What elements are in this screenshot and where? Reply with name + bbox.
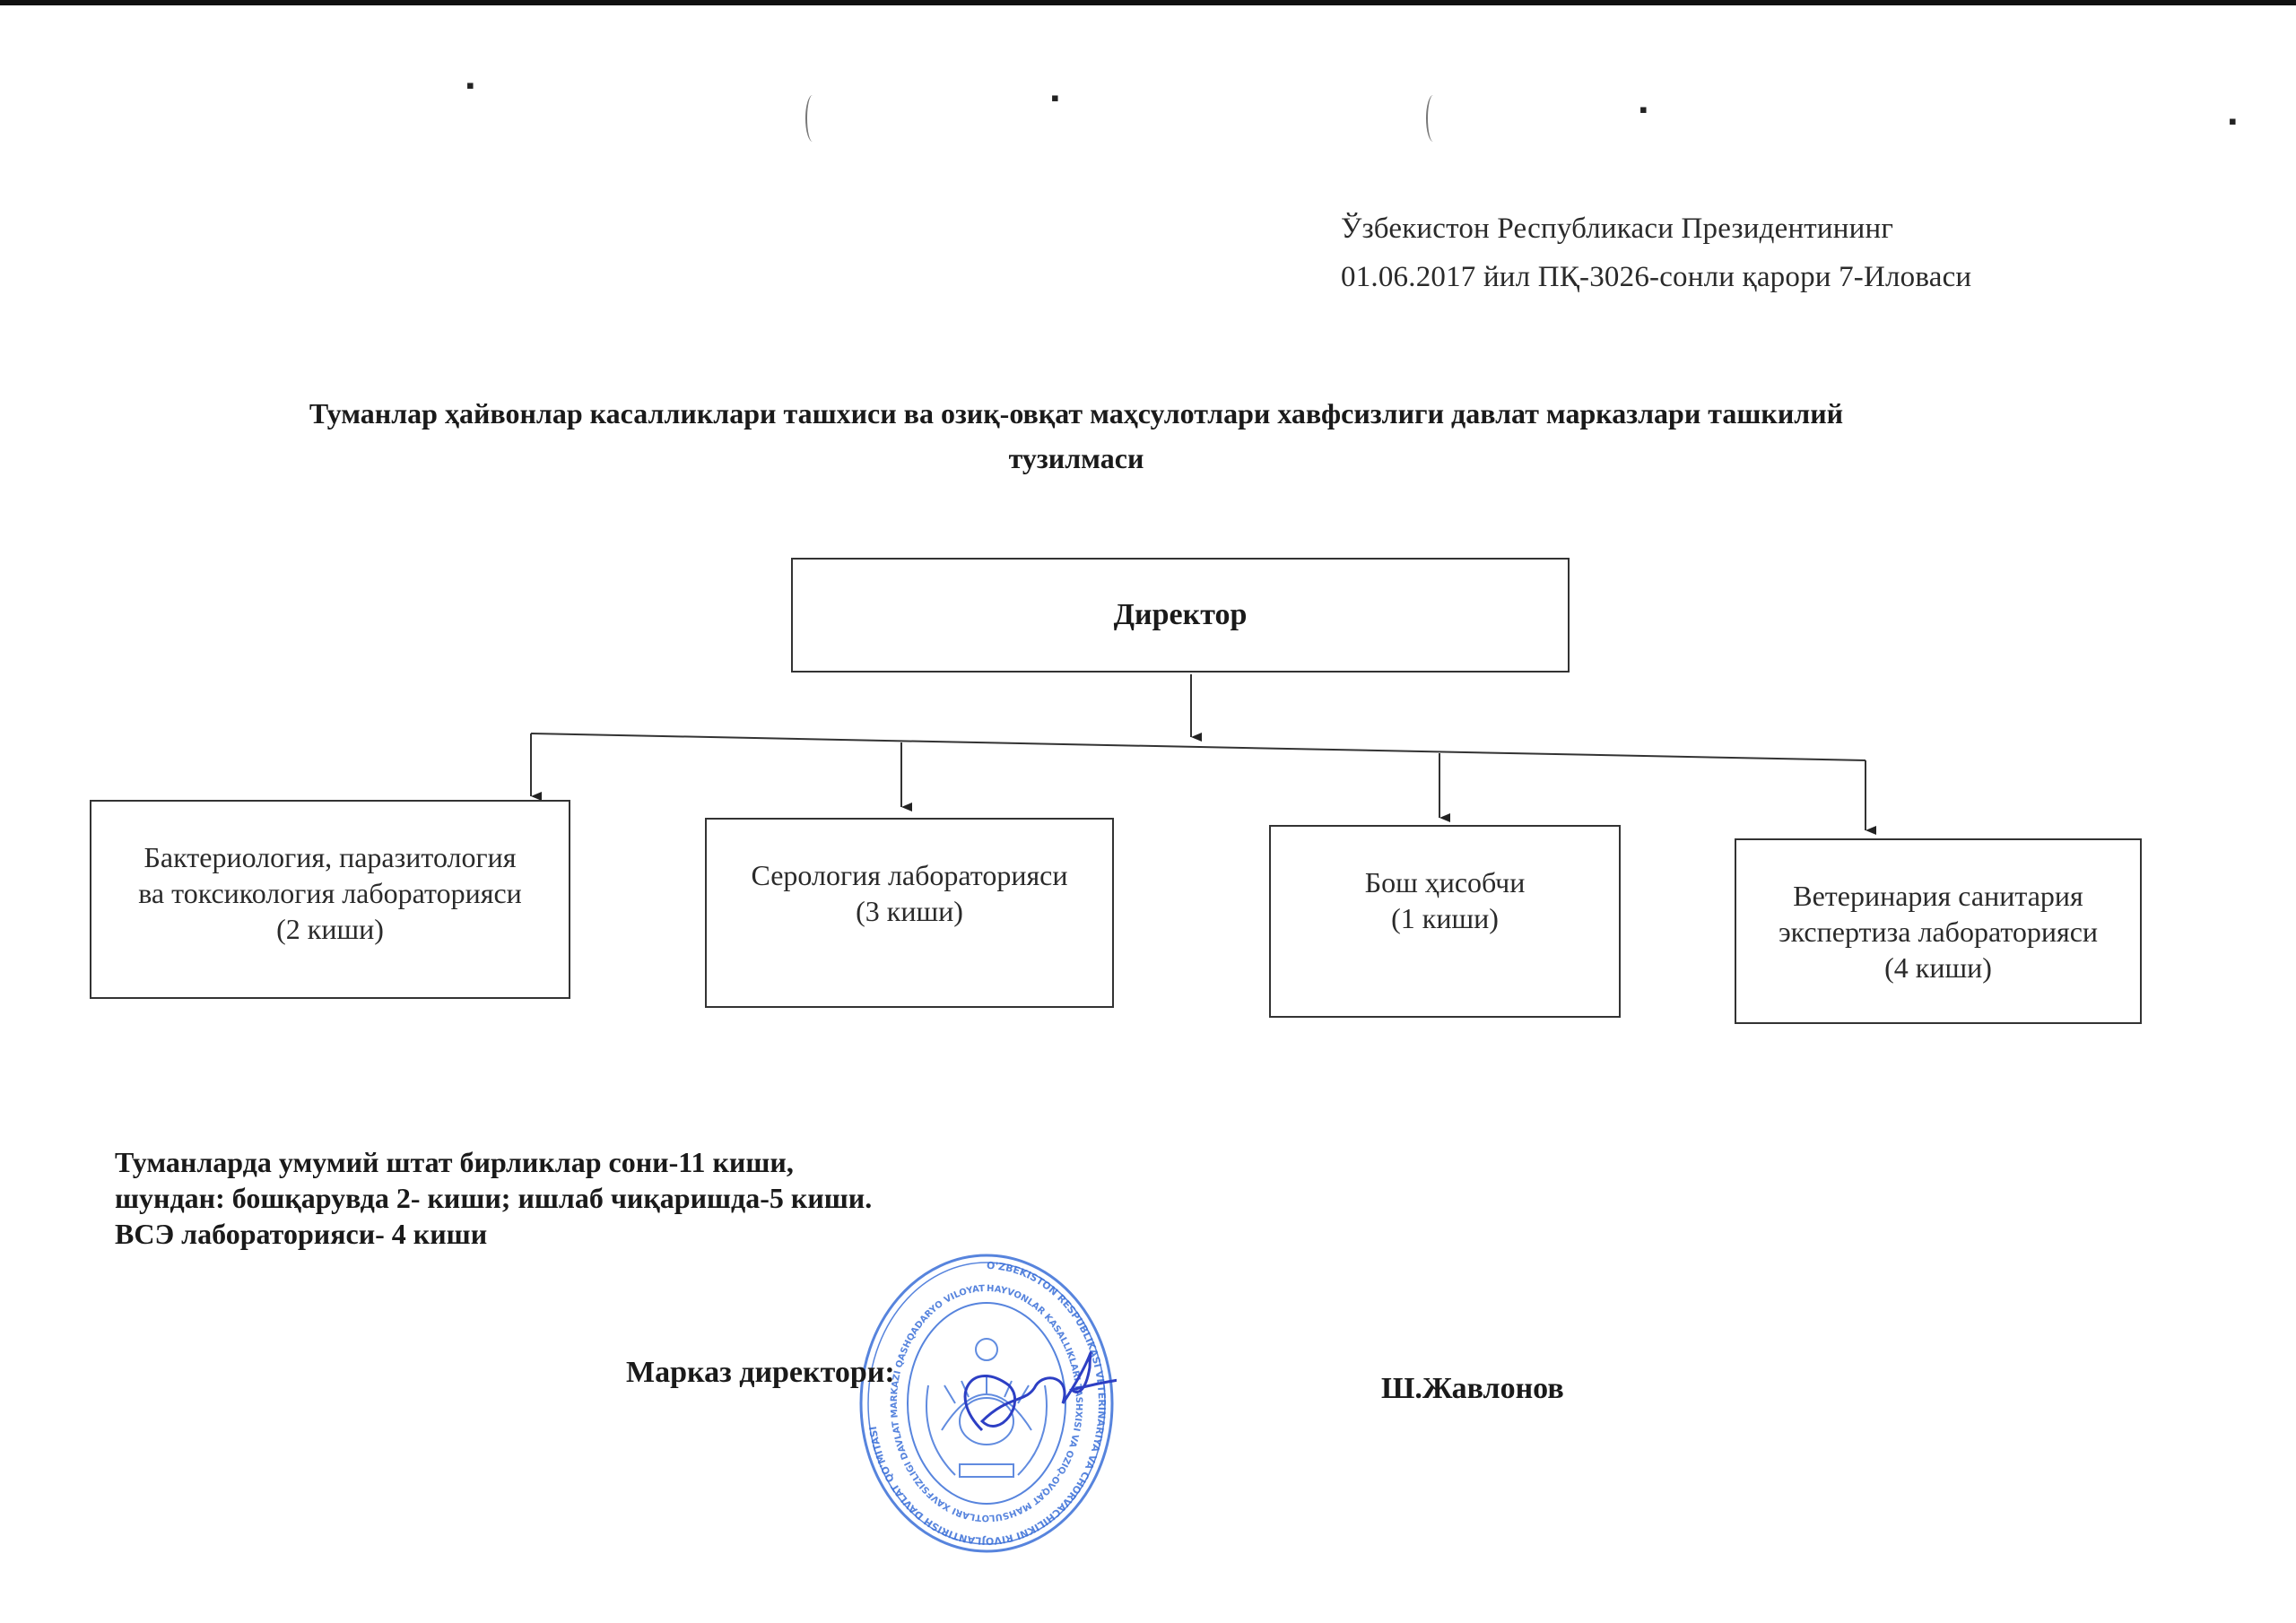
signatory-name: Ш.Жавлонов (1381, 1372, 1564, 1406)
org-node-bacteriology-lab: Бактериология, паразитология ва токсикол… (90, 800, 570, 999)
summary-line: ВСЭ лабораторияси- 4 киши (115, 1216, 872, 1252)
org-node-director: Директор (791, 558, 1570, 673)
node-headcount: (3 киши) (751, 893, 1067, 929)
summary-line: Туманларда умумий штат бирликлар сони-11… (115, 1144, 872, 1180)
node-text: ва токсикология лабораторияси (138, 875, 522, 911)
node-text: Серология лабораторияси (751, 857, 1067, 893)
org-node-chief-accountant: Бош ҳисобчи (1 киши) (1269, 825, 1621, 1018)
signature-label: Марказ директори: (626, 1356, 895, 1390)
node-headcount: (1 киши) (1365, 900, 1526, 936)
node-text: Бош ҳисобчи (1365, 864, 1526, 900)
org-node-serology-lab: Серология лабораторияси (3 киши) (705, 818, 1114, 1008)
summary-line: шундан: бошқарувда 2- киши; ишлаб чиқари… (115, 1180, 872, 1216)
staff-summary: Туманларда умумий штат бирликлар сони-11… (115, 1144, 872, 1252)
node-text: Ветеринария санитария (1779, 878, 2098, 914)
node-headcount: (4 киши) (1779, 950, 2098, 985)
official-seal: O'ZBEKISTON RESPUBLIKASI VETERINARIYA VA… (857, 1251, 1117, 1556)
director-label: Директор (1114, 598, 1248, 632)
node-headcount: (2 киши) (138, 911, 522, 947)
org-node-vet-sanitary-lab: Ветеринария санитария экспертиза лаборат… (1735, 838, 2142, 1024)
node-text: Бактериология, паразитология (138, 839, 522, 875)
node-text: экспертиза лабораторияси (1779, 914, 2098, 950)
seal-icon: O'ZBEKISTON RESPUBLIKASI VETERINARIYA VA… (857, 1251, 1117, 1556)
